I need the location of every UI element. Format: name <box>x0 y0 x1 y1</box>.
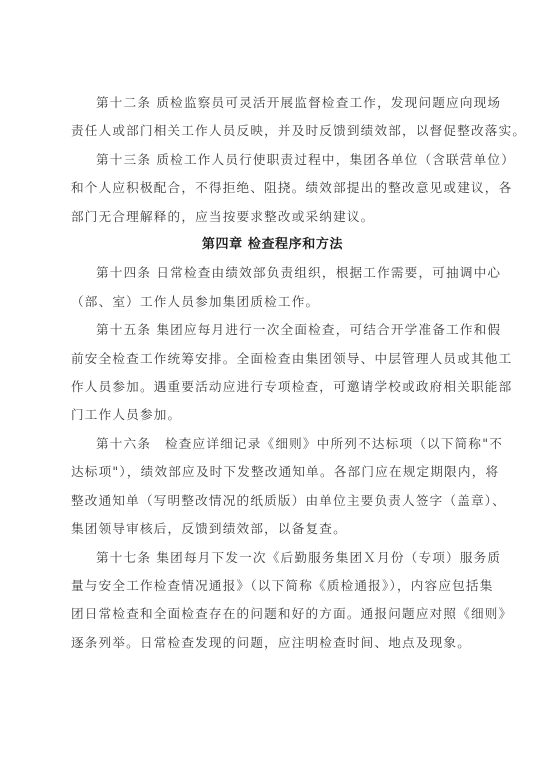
text-line: 第十二条 质检监察员可灵活开展监督检查工作，发现问题应向现场 <box>71 89 474 117</box>
document-body: 第十二条 质检监察员可灵活开展监督检查工作，发现问题应向现场 责任人或部门相关工… <box>71 89 474 657</box>
text-line: 第十六条 检查应详细记录《细则》中所列不达标项（以下简称"不 <box>71 430 474 458</box>
text-line: 第十三条 质检工作人员行使职责过程中，集团各单位（含联营单位） <box>71 146 474 174</box>
text-line: 部门无合理解释的，应当按要求整改或采纳建议。 <box>71 203 474 231</box>
text-line: 责任人或部门相关工作人员反映，并及时反馈到绩效部，以督促整改落实。 <box>71 117 474 145</box>
text-line: 第十四条 日常检查由绩效部负责组织，根据工作需要，可抽调中心 <box>71 259 474 287</box>
text-line: 第十五条 集团应每月进行一次全面检查，可结合开学准备工作和假 <box>71 316 474 344</box>
article-13: 第十三条 质检工作人员行使职责过程中，集团各单位（含联营单位） 和个人应积极配合… <box>71 146 474 231</box>
article-14: 第十四条 日常检查由绩效部负责组织，根据工作需要，可抽调中心 （部、室）工作人员… <box>71 259 474 316</box>
text-line: 整改通知单（写明整改情况的纸质版）由单位主要负责人签字（盖章）、 <box>71 487 474 515</box>
text-line: 达标项"），绩效部应及时下发整改通知单。各部门应在规定期限内，将 <box>71 458 474 486</box>
article-15: 第十五条 集团应每月进行一次全面检查，可结合开学准备工作和假 前安全检查工作统筹… <box>71 316 474 430</box>
text-line: 作人员参加。遇重要活动应进行专项检查，可邀请学校或政府相关职能部 <box>71 373 474 401</box>
article-16: 第十六条 检查应详细记录《细则》中所列不达标项（以下简称"不 达标项"），绩效部… <box>71 430 474 544</box>
text-line: 团日常检查和全面检查存在的问题和好的方面。通报问题应对照《细则》 <box>71 600 474 628</box>
text-line: （部、室）工作人员参加集团质检工作。 <box>71 288 474 316</box>
text-line: 前安全检查工作统筹安排。全面检查由集团领导、中层管理人员或其他工 <box>71 345 474 373</box>
article-17: 第十七条 集团每月下发一次《后勤服务集团Ｘ月份（专项）服务质 量与安全工作检查情… <box>71 544 474 658</box>
chapter-heading: 第四章 检查程序和方法 <box>71 231 474 259</box>
text-line: 第十七条 集团每月下发一次《后勤服务集团Ｘ月份（专项）服务质 <box>71 544 474 572</box>
text-line: 和个人应积极配合，不得拒绝、阻挠。绩效部提出的整改意见或建议，各 <box>71 174 474 202</box>
text-line: 门工作人员参加。 <box>71 401 474 429</box>
document-page: 第十二条 质检监察员可灵活开展监督检查工作，发现问题应向现场 责任人或部门相关工… <box>0 0 543 768</box>
text-line: 集团领导审核后，反馈到绩效部，以备复查。 <box>71 515 474 543</box>
text-line: 量与安全工作检查情况通报》（以下简称《质检通报》），内容应包括集 <box>71 572 474 600</box>
text-line: 逐条列举。日常检查发现的问题，应注明检查时间、地点及现象。 <box>71 629 474 657</box>
article-12: 第十二条 质检监察员可灵活开展监督检查工作，发现问题应向现场 责任人或部门相关工… <box>71 89 474 146</box>
